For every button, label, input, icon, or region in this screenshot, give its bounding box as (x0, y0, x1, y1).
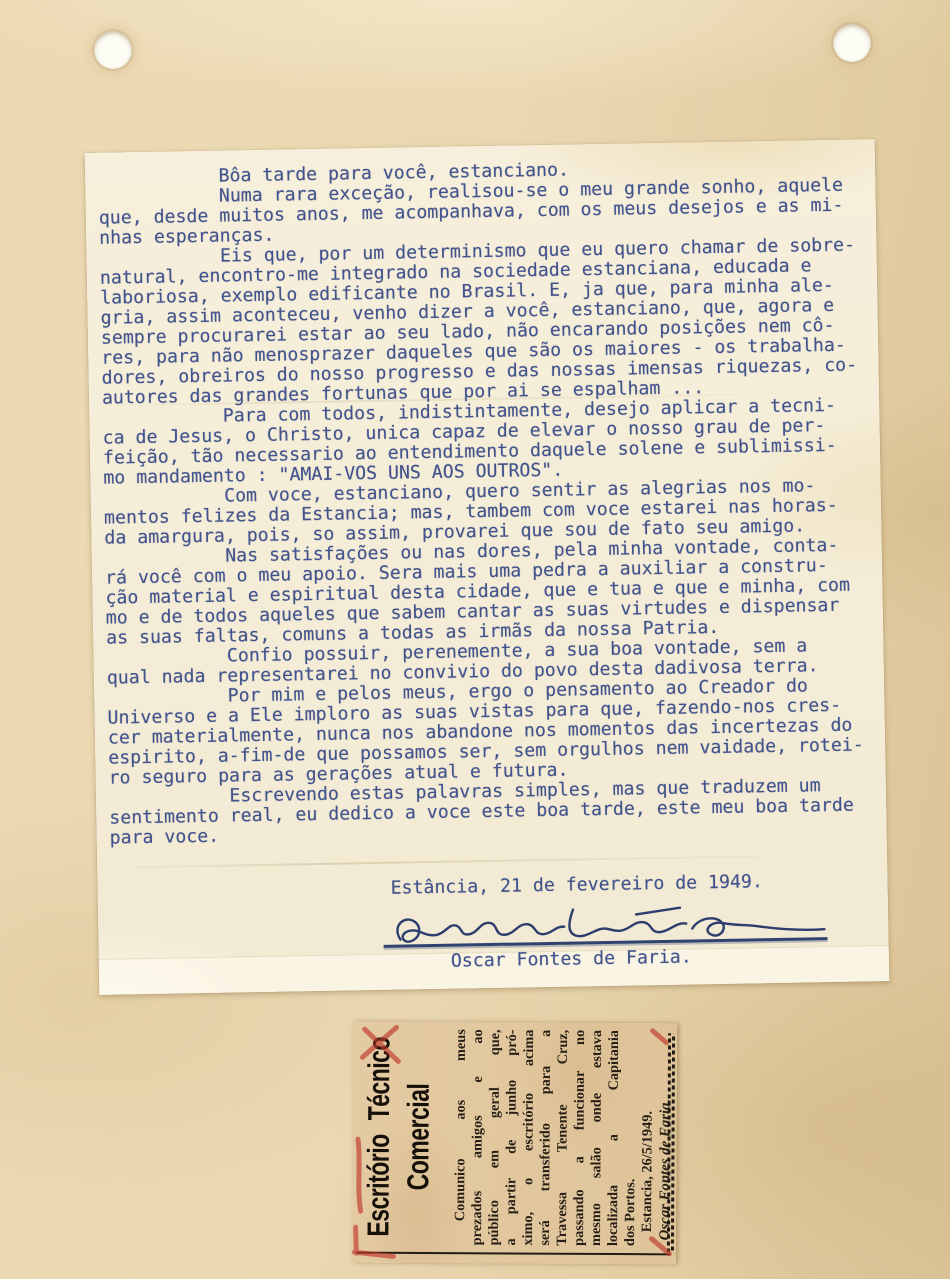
letter-dateline: Estância, 21 de fevereiro de 1949. (390, 871, 763, 898)
fold-crease (97, 853, 887, 869)
clipping-body-line: público em geral que, (485, 1029, 503, 1245)
clipping-title-line2: Comercial (397, 1028, 438, 1244)
clipping-body-line: localizada a Capitania (604, 1029, 622, 1245)
punch-hole-right (833, 24, 871, 62)
clipping-body-line: prezados amigos e ao (468, 1029, 486, 1245)
clipping-body-line: a partir de junho pró- (502, 1029, 520, 1245)
signature-typed-name: Oscar Fontes de Faria. (451, 946, 692, 971)
clipping-paper: Escritório Técnico Comercial Comunico ao… (351, 1021, 676, 1264)
clipping-body-line: mesmo salão onde estava (587, 1029, 605, 1245)
clipping-column-rule (355, 1251, 669, 1255)
clipping-bottom-rule (666, 1033, 674, 1252)
letter-body: Bôa tarde para você, estanciano. Numa ra… (98, 155, 882, 848)
clipping-title-line1: Escritório Técnico (357, 1028, 398, 1244)
album-page: Bôa tarde para você, estanciano. Numa ra… (0, 0, 950, 1279)
clipping-body-line: será transferido para a (536, 1029, 554, 1245)
clipping-body: Comunico aos meusprezados amigos e aopúb… (451, 1029, 639, 1246)
letter-sheet: Bôa tarde para você, estanciano. Numa ra… (85, 139, 890, 995)
clipping-date: Estancia, 26/5/1949. (638, 1030, 656, 1246)
clipping-title: Escritório Técnico Comercial (357, 1028, 469, 1245)
newspaper-clipping: Escritório Técnico Comercial Comunico ao… (351, 1021, 676, 1264)
clipping-body-line: dos Portos. (621, 1030, 639, 1246)
clipping-body-line: ximo, o escritório acima (519, 1029, 537, 1245)
clipping-body-line: passando a funcionar no (570, 1029, 588, 1245)
punch-hole-left (94, 31, 132, 69)
clipping-body-line: Travessa Tenente Cruz, (553, 1029, 571, 1245)
